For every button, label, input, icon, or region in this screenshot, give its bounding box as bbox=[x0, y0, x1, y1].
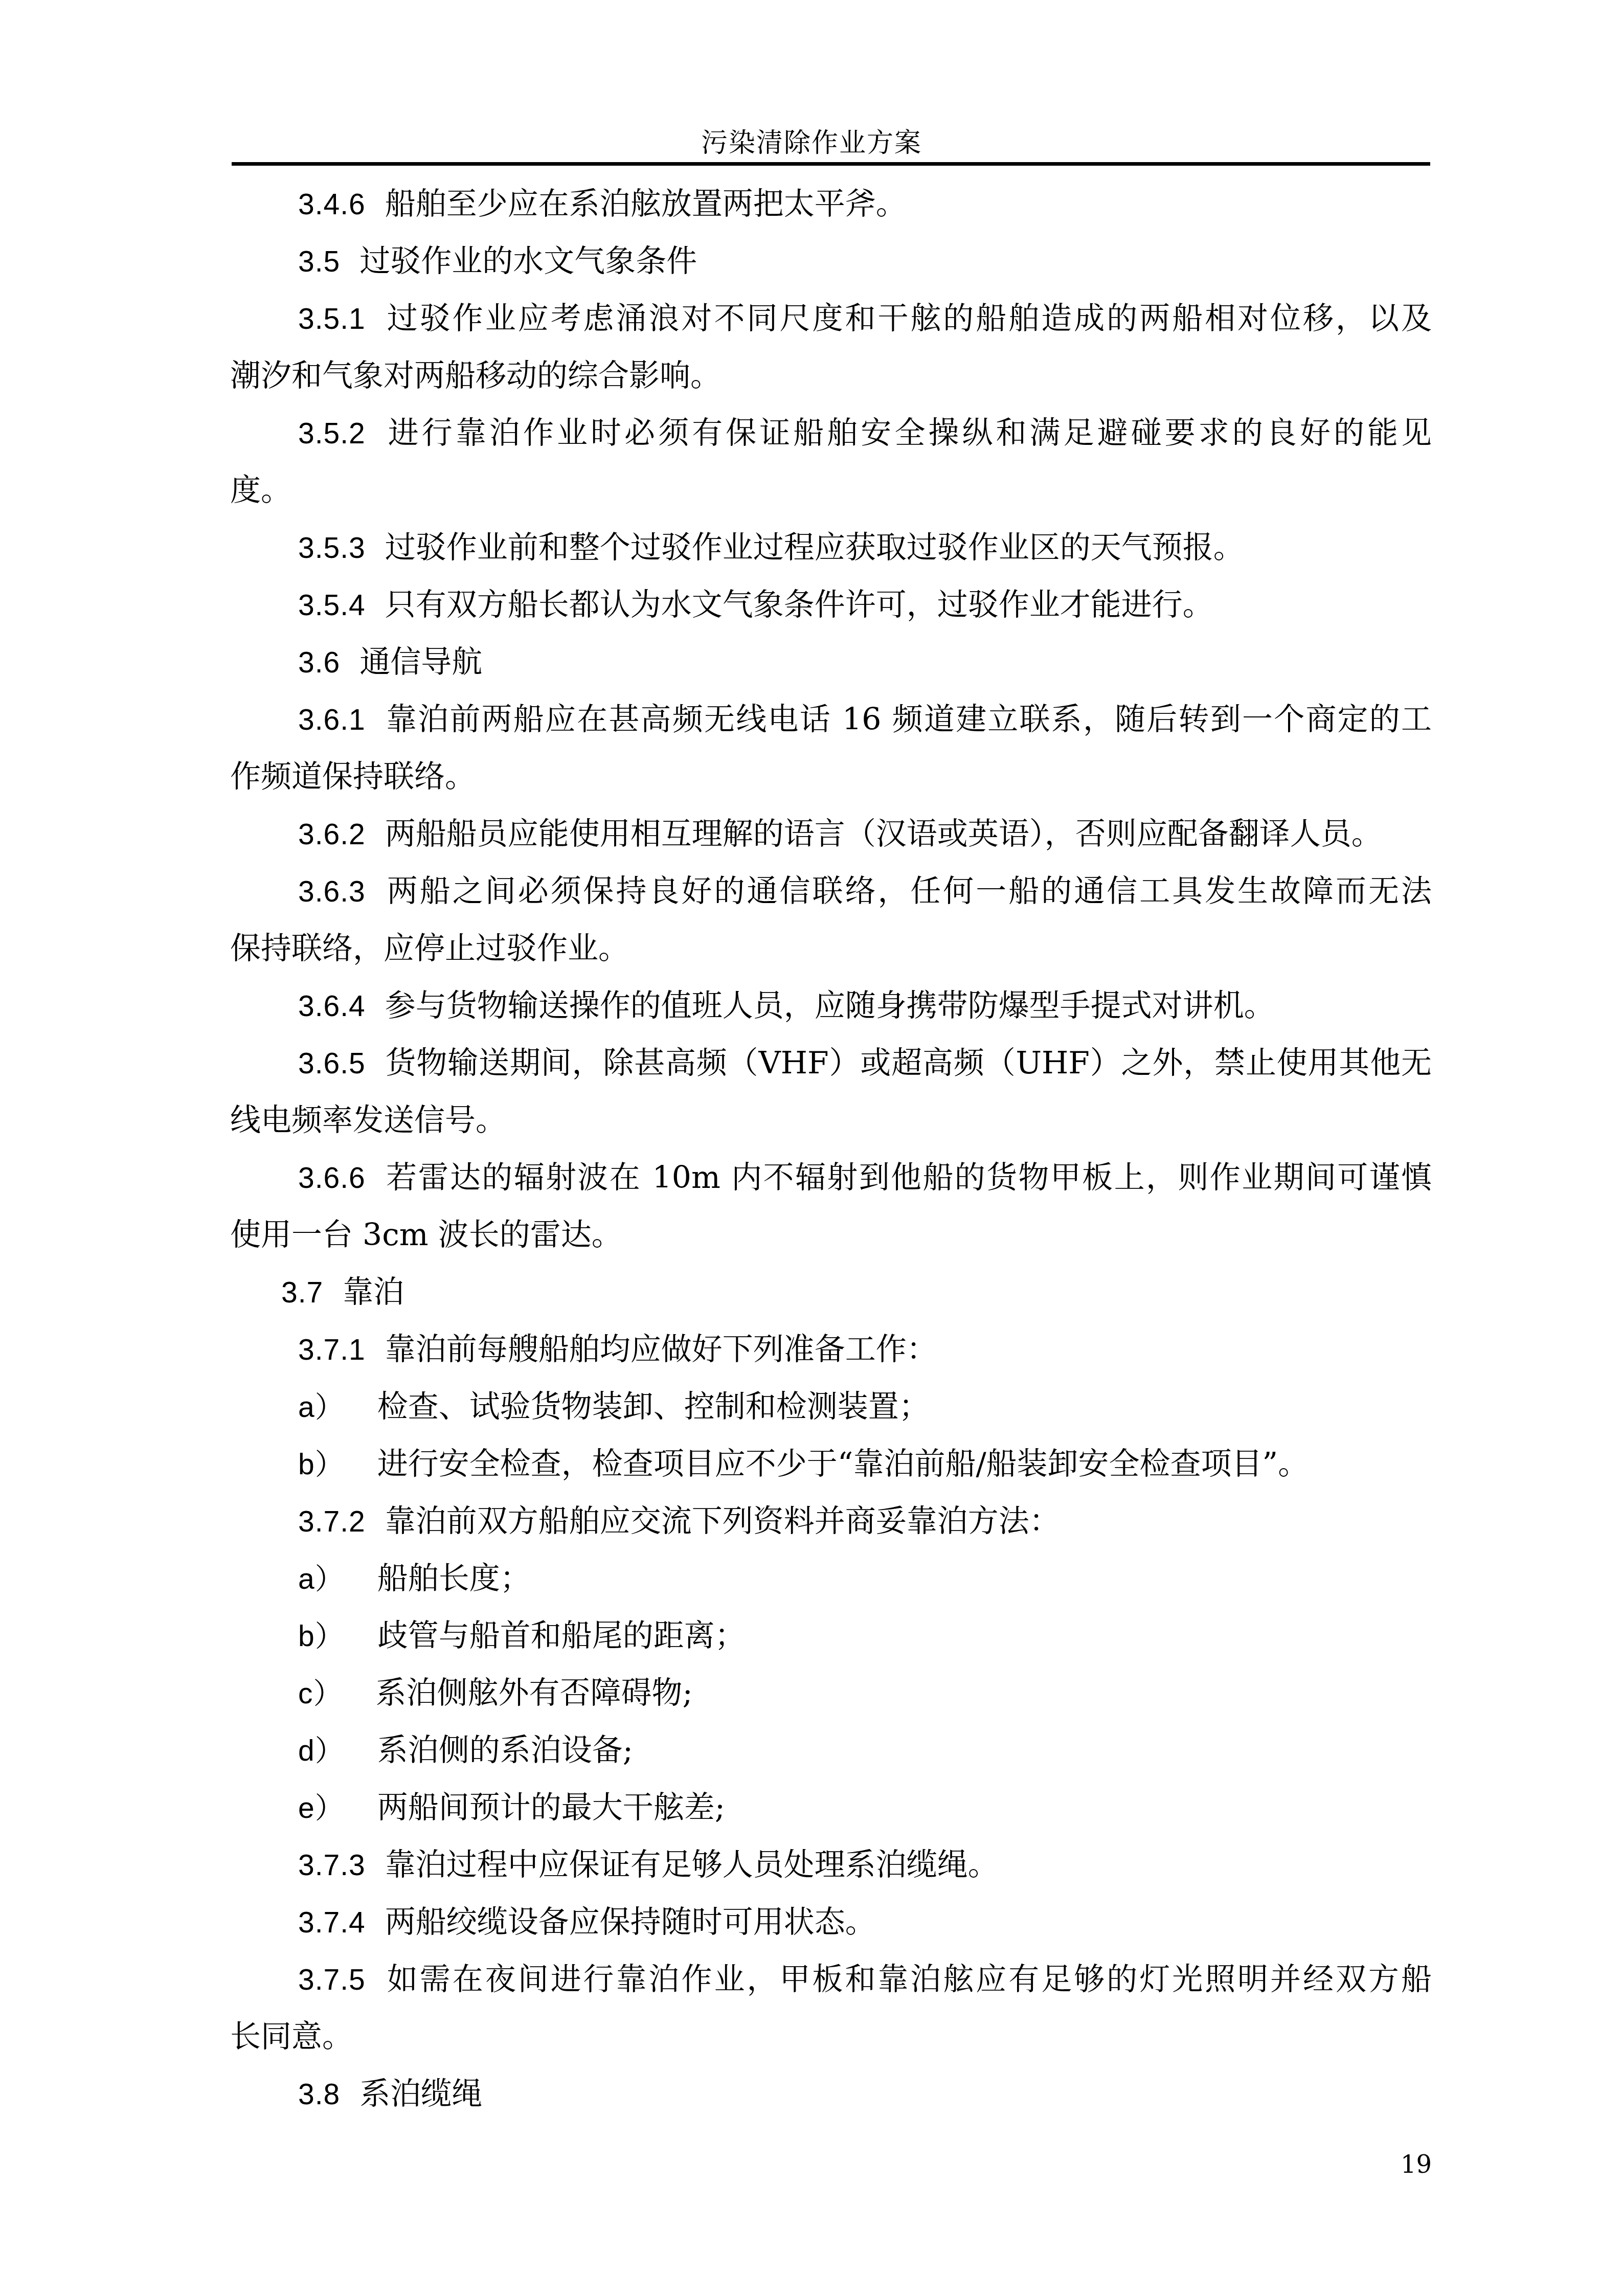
clause-line: 3.7.1靠泊前每艘船舶均应做好下列准备工作： bbox=[230, 1321, 1432, 1378]
header-rule-divider bbox=[232, 162, 1430, 166]
clause-line: c）系泊侧舷外有否障碍物; bbox=[230, 1664, 1432, 1722]
clause-text: 货物输送期间，除甚高频（VHF）或超高频（UHF）之外，禁止使用其他无 bbox=[385, 1045, 1432, 1081]
clause-line: 3.6.3两船之间必须保持良好的通信联络，任何一船的通信工具发生故障而无法 bbox=[230, 863, 1432, 920]
clause-text: 参与货物输送操作的值班人员，应随身携带防爆型手提式对讲机。 bbox=[385, 988, 1275, 1024]
clause-number: 3.5.2 bbox=[298, 417, 366, 450]
clause-line: 作频道保持联络。 bbox=[230, 748, 1432, 805]
clause-text: 两船间预计的最大干舷差; bbox=[377, 1790, 725, 1826]
clause-line: a）检查、试验货物装卸、控制和检测装置； bbox=[230, 1378, 1432, 1435]
clause-line: 3.5.3过驳作业前和整个过驳作业过程应获取过驳作业区的天气预报。 bbox=[230, 519, 1432, 576]
clause-text: 歧管与船首和船尾的距离； bbox=[377, 1618, 746, 1654]
clause-line: 3.4.6船舶至少应在系泊舷放置两把太平斧。 bbox=[230, 175, 1432, 233]
clause-line: 3.7靠泊 bbox=[230, 1264, 1432, 1321]
clause-number: a） bbox=[298, 1391, 345, 1424]
clause-text: 靠泊过程中应保证有足够人员处理系泊缆绳。 bbox=[385, 1847, 999, 1883]
clause-number: c） bbox=[298, 1677, 343, 1710]
clause-number: 3.6.1 bbox=[298, 704, 366, 736]
clause-line: 3.5过驳作业的水文气象条件 bbox=[230, 233, 1432, 290]
clause-line: 3.7.4两船绞缆设备应保持随时可用状态。 bbox=[230, 1894, 1432, 1951]
clause-text: 靠泊前两船应在甚高频无线电话 16 频道建立联系，随后转到一个商定的工 bbox=[385, 702, 1432, 737]
clause-line: 3.6.6若雷达的辐射波在 10m 内不辐射到他船的货物甲板上，则作业期间可谨慎 bbox=[230, 1149, 1432, 1206]
clause-line: 3.6.5货物输送期间，除甚高频（VHF）或超高频（UHF）之外，禁止使用其他无 bbox=[230, 1034, 1432, 1092]
clause-line: 3.6.4参与货物输送操作的值班人员，应随身携带防爆型手提式对讲机。 bbox=[230, 977, 1432, 1034]
clause-number: b） bbox=[298, 1620, 345, 1653]
clause-text: 系泊侧的系泊设备; bbox=[377, 1732, 633, 1768]
clause-line: b）歧管与船首和船尾的距离； bbox=[230, 1607, 1432, 1664]
page-header-title: 污染清除作业方案 bbox=[0, 128, 1623, 159]
clause-text: 系泊缆绳 bbox=[359, 2076, 482, 2112]
clause-number: 3.5.4 bbox=[298, 589, 366, 622]
clause-text: 靠泊前双方船舶应交流下列资料并商妥靠泊方法： bbox=[385, 1503, 1060, 1539]
clause-line: 3.7.5如需在夜间进行靠泊作业，甲板和靠泊舷应有足够的灯光照明并经双方船 bbox=[230, 1951, 1432, 2008]
clause-line: 3.7.2靠泊前双方船舶应交流下列资料并商妥靠泊方法： bbox=[230, 1493, 1432, 1550]
clause-text: 靠泊 bbox=[343, 1274, 404, 1310]
clause-line: 3.6通信导航 bbox=[230, 634, 1432, 691]
clause-number: 3.6.5 bbox=[298, 1047, 366, 1080]
clause-text: 进行靠泊作业时必须有保证船舶安全操纵和满足避碰要求的良好的能见 bbox=[385, 415, 1432, 451]
clause-line: 度。 bbox=[230, 462, 1432, 519]
clause-text: 保持联络，应停止过驳作业。 bbox=[230, 931, 629, 966]
clause-line: 使用一台 3cm 波长的雷达。 bbox=[230, 1206, 1432, 1264]
clause-number: 3.7.3 bbox=[298, 1849, 366, 1882]
clause-text: 过驳作业的水文气象条件 bbox=[359, 243, 697, 279]
clause-text: 两船船员应能使用相互理解的语言（汉语或英语），否则应配备翻译人员。 bbox=[385, 816, 1382, 852]
clause-number: 3.5.1 bbox=[298, 303, 366, 335]
clause-number: 3.5 bbox=[298, 245, 340, 278]
clause-line: 3.7.3靠泊过程中应保证有足够人员处理系泊缆绳。 bbox=[230, 1836, 1432, 1894]
clause-text: 线电频率发送信号。 bbox=[230, 1102, 506, 1138]
clause-text: 检查、试验货物装卸、控制和检测装置； bbox=[377, 1389, 930, 1425]
clause-text: 进行安全检查，检查项目应不少于“靠泊前船/船装卸安全检查项目”。 bbox=[377, 1446, 1309, 1482]
clause-line: 潮汐和气象对两船移动的综合影响。 bbox=[230, 347, 1432, 404]
clause-text: 作频道保持联络。 bbox=[230, 759, 476, 795]
clause-text: 系泊侧舷外有否障碍物; bbox=[376, 1675, 693, 1711]
clause-number: 3.7.4 bbox=[298, 1906, 366, 1939]
clause-text: 如需在夜间进行靠泊作业，甲板和靠泊舷应有足够的灯光照明并经双方船 bbox=[385, 1962, 1432, 1997]
clause-line: 保持联络，应停止过驳作业。 bbox=[230, 920, 1432, 977]
clause-line: a）船舶长度； bbox=[230, 1550, 1432, 1607]
clause-text: 使用一台 3cm 波长的雷达。 bbox=[230, 1217, 622, 1253]
clause-line: 3.8系泊缆绳 bbox=[230, 2065, 1432, 2123]
clause-line: 3.5.2进行靠泊作业时必须有保证船舶安全操纵和满足避碰要求的良好的能见 bbox=[230, 404, 1432, 462]
clause-number: 3.7.5 bbox=[298, 1964, 366, 1996]
clause-line: 3.5.4只有双方船长都认为水文气象条件许可，过驳作业才能进行。 bbox=[230, 576, 1432, 634]
clause-number: 3.7.1 bbox=[298, 1334, 366, 1366]
page-number: 19 bbox=[230, 2150, 1432, 2179]
clause-text: 过驳作业应考虑涌浪对不同尺度和干舷的船舶造成的两船相对位移，以及 bbox=[385, 301, 1432, 336]
clause-number: 3.6.4 bbox=[298, 990, 366, 1023]
document-page: 污染清除作业方案 3.4.6船舶至少应在系泊舷放置两把太平斧。 3.5过驳作业的… bbox=[0, 0, 1623, 2296]
clause-line: 线电频率发送信号。 bbox=[230, 1092, 1432, 1149]
clause-number: 3.6.3 bbox=[298, 875, 366, 908]
clause-number: 3.8 bbox=[298, 2078, 340, 2111]
clause-text: 过驳作业前和整个过驳作业过程应获取过驳作业区的天气预报。 bbox=[385, 530, 1244, 566]
document-body: 3.4.6船舶至少应在系泊舷放置两把太平斧。 3.5过驳作业的水文气象条件 3.… bbox=[230, 175, 1432, 2123]
clause-line: 3.6.2两船船员应能使用相互理解的语言（汉语或英语），否则应配备翻译人员。 bbox=[230, 805, 1432, 863]
clause-number: 3.7 bbox=[281, 1276, 323, 1309]
clause-text: 两船绞缆设备应保持随时可用状态。 bbox=[385, 1904, 876, 1940]
clause-text: 若雷达的辐射波在 10m 内不辐射到他船的货物甲板上，则作业期间可谨慎 bbox=[385, 1160, 1432, 1196]
clause-text: 长同意。 bbox=[230, 2019, 353, 2055]
clause-text: 两船之间必须保持良好的通信联络，任何一船的通信工具发生故障而无法 bbox=[385, 873, 1432, 909]
clause-text: 潮汐和气象对两船移动的综合影响。 bbox=[230, 358, 721, 394]
clause-line: 长同意。 bbox=[230, 2008, 1432, 2065]
clause-number: 3.4.6 bbox=[298, 188, 366, 221]
clause-number: b） bbox=[298, 1448, 345, 1481]
clause-line: 3.5.1过驳作业应考虑涌浪对不同尺度和干舷的船舶造成的两船相对位移，以及 bbox=[230, 290, 1432, 347]
clause-line: e）两船间预计的最大干舷差; bbox=[230, 1779, 1432, 1836]
clause-text: 船舶至少应在系泊舷放置两把太平斧。 bbox=[385, 186, 907, 222]
clause-number: a） bbox=[298, 1563, 345, 1595]
clause-number: 3.6.6 bbox=[298, 1162, 366, 1195]
clause-number: e） bbox=[298, 1792, 345, 1825]
clause-line: 3.6.1靠泊前两船应在甚高频无线电话 16 频道建立联系，随后转到一个商定的工 bbox=[230, 691, 1432, 748]
clause-text: 度。 bbox=[230, 472, 291, 508]
clause-number: 3.6 bbox=[298, 646, 340, 679]
clause-text: 只有双方船长都认为水文气象条件许可，过驳作业才能进行。 bbox=[385, 587, 1213, 623]
clause-number: 3.5.3 bbox=[298, 532, 366, 565]
clause-text: 通信导航 bbox=[359, 644, 482, 680]
clause-number: 3.7.2 bbox=[298, 1505, 366, 1538]
clause-number: 3.6.2 bbox=[298, 818, 366, 851]
clause-text: 靠泊前每艘船舶均应做好下列准备工作： bbox=[385, 1332, 937, 1367]
clause-text: 船舶长度； bbox=[377, 1561, 531, 1596]
clause-line: b）进行安全检查，检查项目应不少于“靠泊前船/船装卸安全检查项目”。 bbox=[230, 1435, 1432, 1493]
clause-number: d） bbox=[298, 1735, 345, 1767]
clause-line: d）系泊侧的系泊设备; bbox=[230, 1722, 1432, 1779]
